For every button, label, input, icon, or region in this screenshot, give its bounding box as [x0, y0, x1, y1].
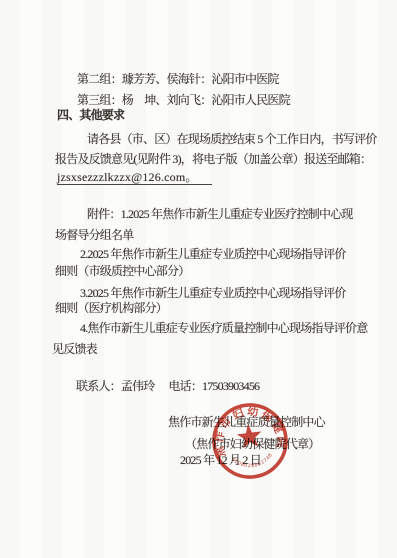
contact-name-label: 联系人：: [76, 379, 121, 393]
section-heading: 四、其他要求: [57, 107, 124, 123]
request-paragraph-line-1: 请各县（市、区）在现场质控结束 5 个工作日内，书写评价: [87, 131, 377, 147]
request-paragraph-line-2: 报告及反馈意见(见附件 3)，将电子版（加盖公章）报送至邮箱：: [55, 151, 371, 167]
attachment-item-4-line-1: 4.焦作市新生儿重症专业医疗质量控制中心现场指导评价意: [80, 320, 367, 336]
attachment-item-3-line-1: 3.2025 年焦作市新生儿重症专业质控中心现场指导评价: [80, 285, 346, 301]
seal-code: 4108028851748: [230, 452, 276, 472]
contact-line: 联系人：孟伟玲电话：17503903456: [76, 378, 259, 394]
attachment-item-3-line-2: 细则（医疗机构部分）: [55, 300, 167, 316]
attachment-intro-line: 附件：1.2025 年焦作市新生儿重症专业医疗控制中心现: [87, 206, 353, 222]
star-icon: [236, 423, 263, 449]
group-3-line: 第三组：杨 坤、刘向飞：沁阳市人民医院: [77, 92, 290, 108]
email-address: jzsxsezzzlkzzx@126.com。: [57, 170, 212, 185]
attachment-item-4-line-2: 见反馈表: [52, 341, 97, 357]
official-seal: 焦作市妇幼保健院 4108028851748: [200, 391, 300, 491]
attachment-item-2-line-1: 2.2025 年焦作市新生儿重症专业质控中心现场指导评价: [80, 246, 346, 262]
document-page: 第二组：璩芳芳、侯海针：沁阳市中医院 第三组：杨 坤、刘向飞：沁阳市人民医院 四…: [0, 0, 397, 558]
contact-name: 孟伟玲: [121, 379, 155, 393]
contact-phone-number: 17503903456: [202, 379, 259, 393]
contact-phone-label: 电话：: [168, 379, 202, 393]
attachment-item-1-continuation: 场督导分组名单: [55, 227, 133, 243]
group-2-line: 第二组：璩芳芳、侯海针：沁阳市中医院: [77, 71, 279, 87]
attachment-item-2-line-2: 细则（市级质控中心部分）: [55, 263, 189, 279]
seal-code-arc: 4108028851748: [230, 452, 276, 472]
